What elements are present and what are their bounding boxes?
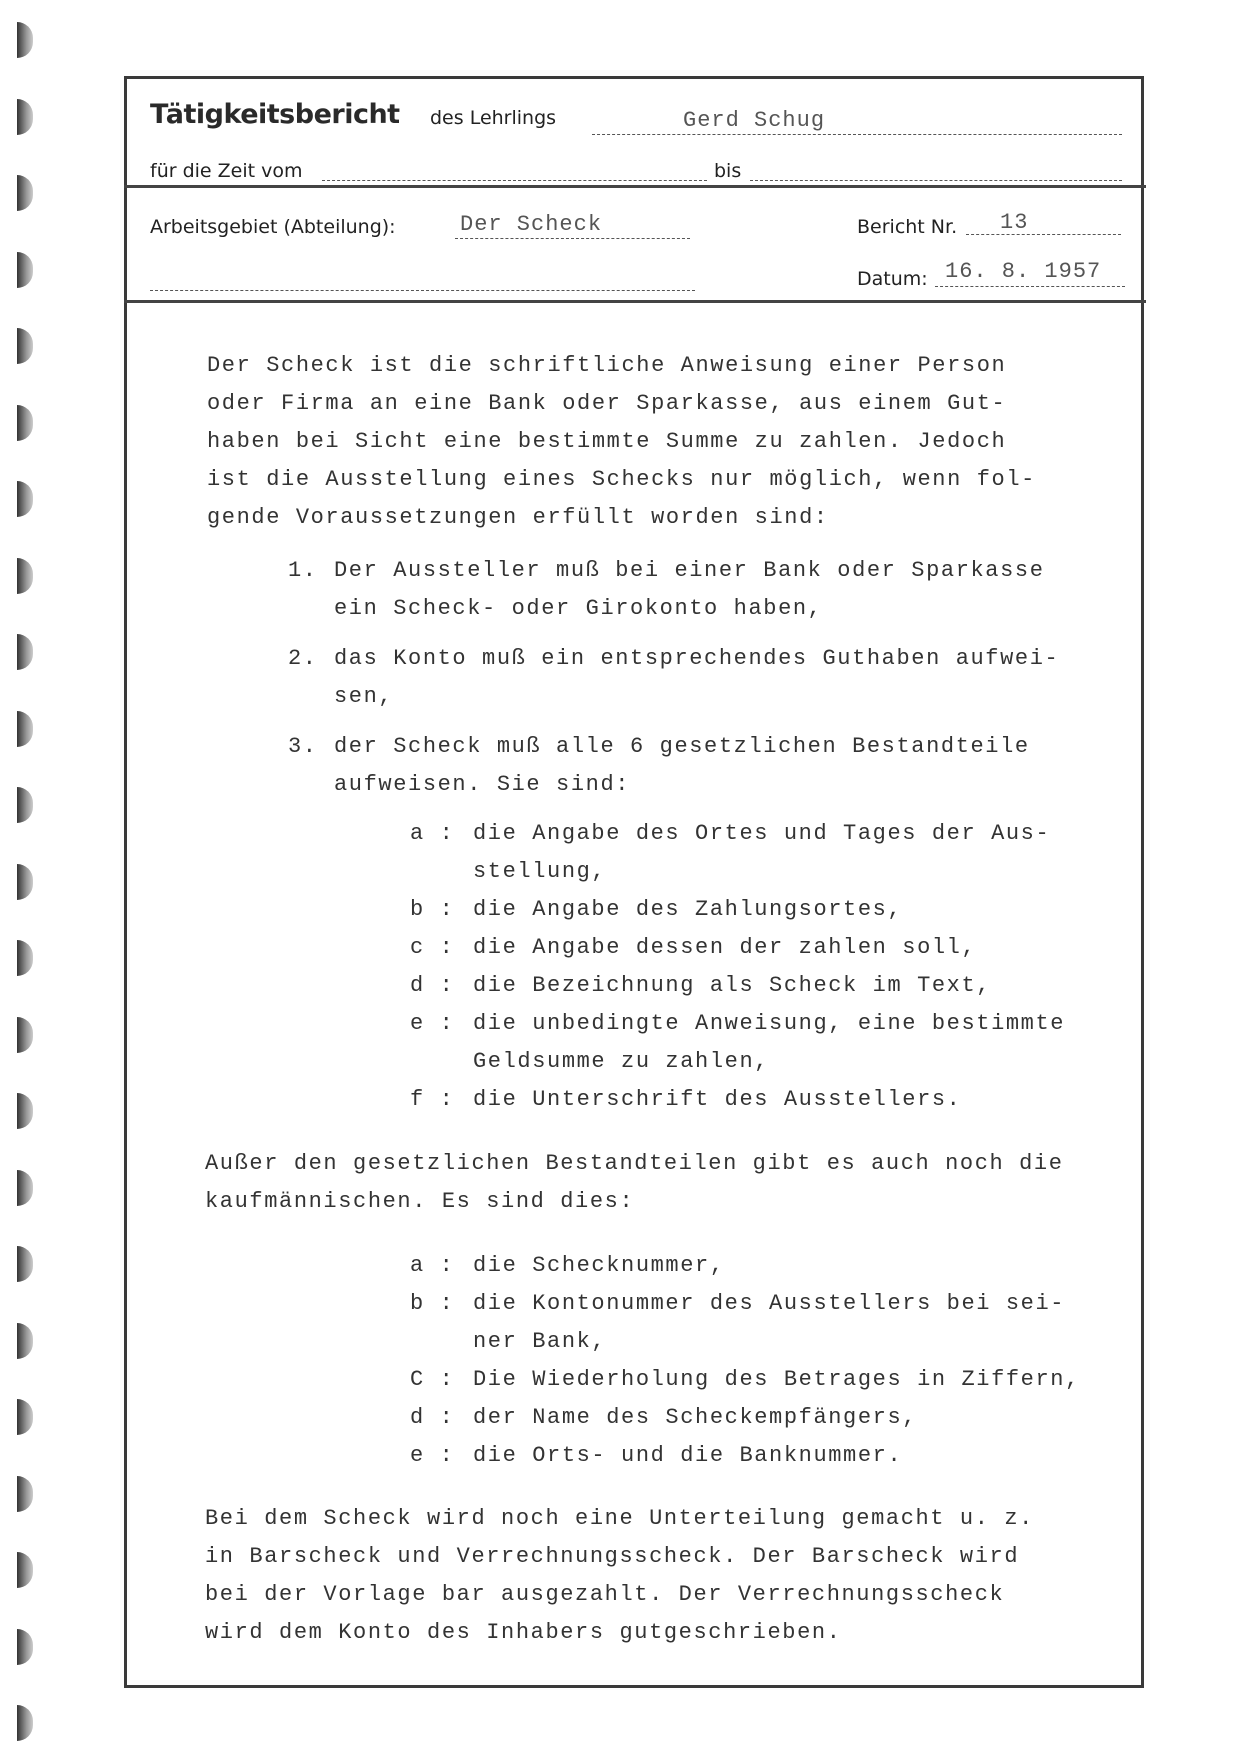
report-no-value[interactable]: 13 [1000,210,1028,235]
closing-line: bei der Vorlage bar ausgezahlt. Der Verr… [205,1582,1004,1607]
punch-hole [17,1552,33,1588]
department-line [455,238,690,239]
legal-part-letter: b : [410,897,454,922]
punch-hole [17,99,33,135]
commercial-part-text: der Name des Scheckempfängers, [473,1405,917,1430]
period-to-field[interactable] [750,180,1122,181]
date-line [935,286,1125,287]
apprentice-line [592,134,1122,135]
punch-hole [17,1246,33,1282]
date-value[interactable]: 16. 8. 1957 [945,259,1101,284]
report-no-label: Bericht Nr. [857,216,957,238]
intro-line: haben bei Sicht eine bestimmte Summe zu … [207,429,1006,454]
punch-hole [17,328,33,364]
apprentice-label: des Lehrlings [430,107,556,129]
punch-hole [17,481,33,517]
commercial-part-text: die Orts- und die Banknummer. [473,1443,902,1468]
punch-hole [17,1629,33,1665]
punch-hole [17,711,33,747]
period-from-field[interactable] [322,180,707,181]
punch-hole [17,1705,33,1741]
condition-number: 3. [288,734,318,759]
condition-number: 2. [288,646,318,671]
legal-part-text: die Unterschrift des Ausstellers. [473,1087,961,1112]
department-extra-line [150,290,695,291]
commercial-part-letter: C : [410,1367,454,1392]
intro-line: gende Voraussetzungen erfüllt worden sin… [207,505,829,530]
legal-part-text: stellung, [473,859,606,884]
punch-hole [17,22,33,58]
legal-part-text: die unbedingte Anweisung, eine bestimmte [473,1011,1065,1036]
punch-hole [17,1476,33,1512]
punch-hole [17,252,33,288]
intro-line: ist die Ausstellung eines Schecks nur mö… [207,467,1036,492]
legal-part-text: die Angabe dessen der zahlen soll, [473,935,976,960]
closing-line: in Barscheck und Verrechnungsscheck. Der… [205,1544,1019,1569]
punch-hole [17,558,33,594]
punch-hole [17,864,33,900]
report-no-line [966,234,1121,235]
commercial-part-letter: d : [410,1405,454,1430]
condition-number: 1. [288,558,318,583]
legal-part-letter: a : [410,821,454,846]
period-to-label: bis [714,160,741,182]
punch-hole [17,175,33,211]
commercial-part-letter: b : [410,1291,454,1316]
legal-part-letter: c : [410,935,454,960]
condition-text: sen, [334,684,393,709]
condition-text: Der Aussteller muß bei einer Bank oder S… [334,558,1045,583]
legal-part-letter: d : [410,973,454,998]
condition-text: das Konto muß ein entsprechendes Guthabe… [334,646,1059,671]
condition-text: der Scheck muß alle 6 gesetzlichen Besta… [334,734,1030,759]
commercial-intro-line: Außer den gesetzlichen Bestandteilen gib… [205,1151,1064,1176]
legal-part-text: die Angabe des Zahlungsortes, [473,897,902,922]
condition-text: ein Scheck- oder Girokonto haben, [334,596,822,621]
header-divider-2 [124,300,1146,303]
legal-part-letter: f : [410,1087,454,1112]
closing-line: Bei dem Scheck wird noch eine Unterteilu… [205,1506,1034,1531]
legal-part-text: die Angabe des Ortes und Tages der Aus- [473,821,1050,846]
punch-hole [17,1093,33,1129]
form-title: Tätigkeitsbericht [150,99,400,130]
commercial-part-text: die Kontonummer des Ausstellers bei sei- [473,1291,1065,1316]
punch-hole [17,1017,33,1053]
punch-hole [17,1323,33,1359]
department-value[interactable]: Der Scheck [460,212,602,237]
legal-part-text: Geldsumme zu zahlen, [473,1049,769,1074]
commercial-part-text: ner Bank, [473,1329,606,1354]
punch-hole [17,1170,33,1206]
intro-line: oder Firma an eine Bank oder Sparkasse, … [207,391,1006,416]
condition-text: aufweisen. Sie sind: [334,772,630,797]
period-label: für die Zeit vom [150,160,303,182]
header-divider [124,185,1146,188]
commercial-part-letter: a : [410,1253,454,1278]
intro-line: Der Scheck ist die schriftliche Anweisun… [207,353,1006,378]
punch-hole [17,405,33,441]
commercial-part-letter: e : [410,1443,454,1468]
closing-line: wird dem Konto des Inhabers gutgeschrieb… [205,1620,842,1645]
commercial-part-text: Die Wiederholung des Betrages in Ziffern… [473,1367,1080,1392]
punch-hole [17,787,33,823]
commercial-part-text: die Schecknummer, [473,1253,725,1278]
legal-part-text: die Bezeichnung als Scheck im Text, [473,973,991,998]
commercial-intro-line: kaufmännischen. Es sind dies: [205,1189,634,1214]
punch-hole [17,1399,33,1435]
punch-hole [17,634,33,670]
department-label: Arbeitsgebiet (Abteilung): [150,216,396,238]
punch-hole [17,940,33,976]
apprentice-name[interactable]: Gerd Schug [683,108,825,133]
date-label: Datum: [857,268,928,290]
legal-part-letter: e : [410,1011,454,1036]
